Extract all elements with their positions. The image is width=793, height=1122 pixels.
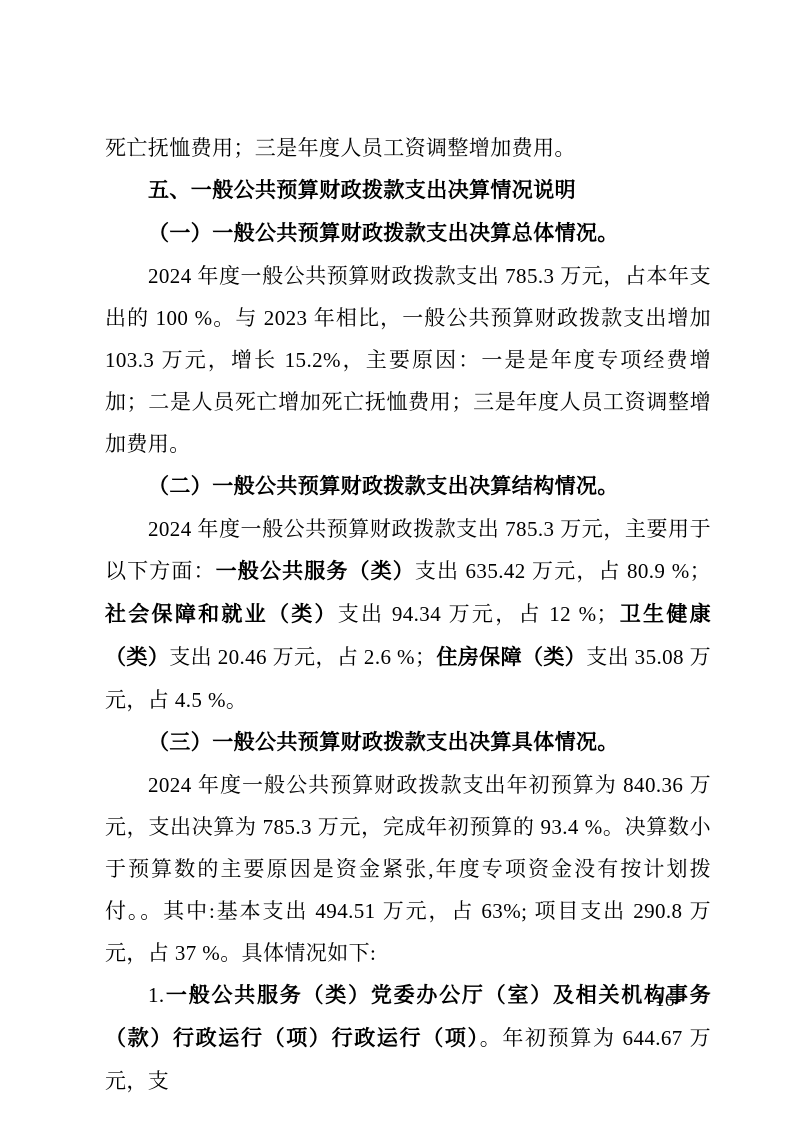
body-continuation-paragraph: 死亡抚恤费用；三是年度人员工资调整增加费用。 (105, 127, 711, 169)
text-run: 支出 20.46 万元，占 2.6 %； (169, 645, 436, 669)
body-paragraph: 2024 年度一般公共预算财政拨款支出年初预算为 840.36 万元，支出决算为… (105, 764, 711, 974)
text-run: 2024 年度一般公共预算财政拨款支出 785.3 万元，占本年支出的 100 … (105, 264, 711, 456)
emphasized-text-run: 社会保障和就业（类） (105, 603, 338, 626)
emphasized-text-run: （一）一般公共预算财政拨款支出决算总体情况。 (148, 222, 619, 245)
body-paragraph: 2024 年度一般公共预算财政拨款支出 785.3 万元，占本年支出的 100 … (105, 255, 711, 465)
emphasized-text-run: 一般公共服务（类） (216, 560, 415, 583)
subsection-heading: （三）一般公共预算财政拨款支出决算具体情况。 (105, 721, 711, 764)
text-run: 支出 635.42 万元，占 80.9 %； (415, 559, 711, 583)
document-content: 死亡抚恤费用；三是年度人员工资调整增加费用。五、一般公共预算财政拨款支出决算情况… (105, 127, 711, 1102)
text-run: 支出 94.34 万元，占 12 %； (338, 602, 618, 626)
text-run: 1. (148, 983, 165, 1007)
document-page: 死亡抚恤费用；三是年度人员工资调整增加费用。五、一般公共预算财政拨款支出决算情况… (0, 0, 793, 1122)
subsection-heading: （一）一般公共预算财政拨款支出决算总体情况。 (105, 212, 711, 255)
body-paragraph: 2024 年度一般公共预算财政拨款支出 785.3 万元，主要用于以下方面：一般… (105, 508, 711, 721)
emphasized-text-run: （三）一般公共预算财政拨款支出决算具体情况。 (148, 731, 619, 754)
text-run: 死亡抚恤费用；三是年度人员工资调整增加费用。 (105, 136, 576, 160)
page-number: -16- (648, 990, 682, 1012)
subsection-heading: （二）一般公共预算财政拨款支出决算结构情况。 (105, 465, 711, 508)
text-run: 2024 年度一般公共预算财政拨款支出年初预算为 840.36 万元，支出决算为… (105, 773, 711, 965)
body-paragraph: 1.一般公共服务（类）党委办公厅（室）及相关机构事务（款）行政运行（项）行政运行… (105, 974, 711, 1102)
emphasized-text-run: （二）一般公共预算财政拨款支出决算结构情况。 (148, 475, 619, 498)
section-heading: 五、一般公共预算财政拨款支出决算情况说明 (105, 169, 711, 212)
emphasized-text-run: 五、一般公共预算财政拨款支出决算情况说明 (148, 179, 576, 202)
emphasized-text-run: 住房保障（类） (436, 646, 586, 669)
